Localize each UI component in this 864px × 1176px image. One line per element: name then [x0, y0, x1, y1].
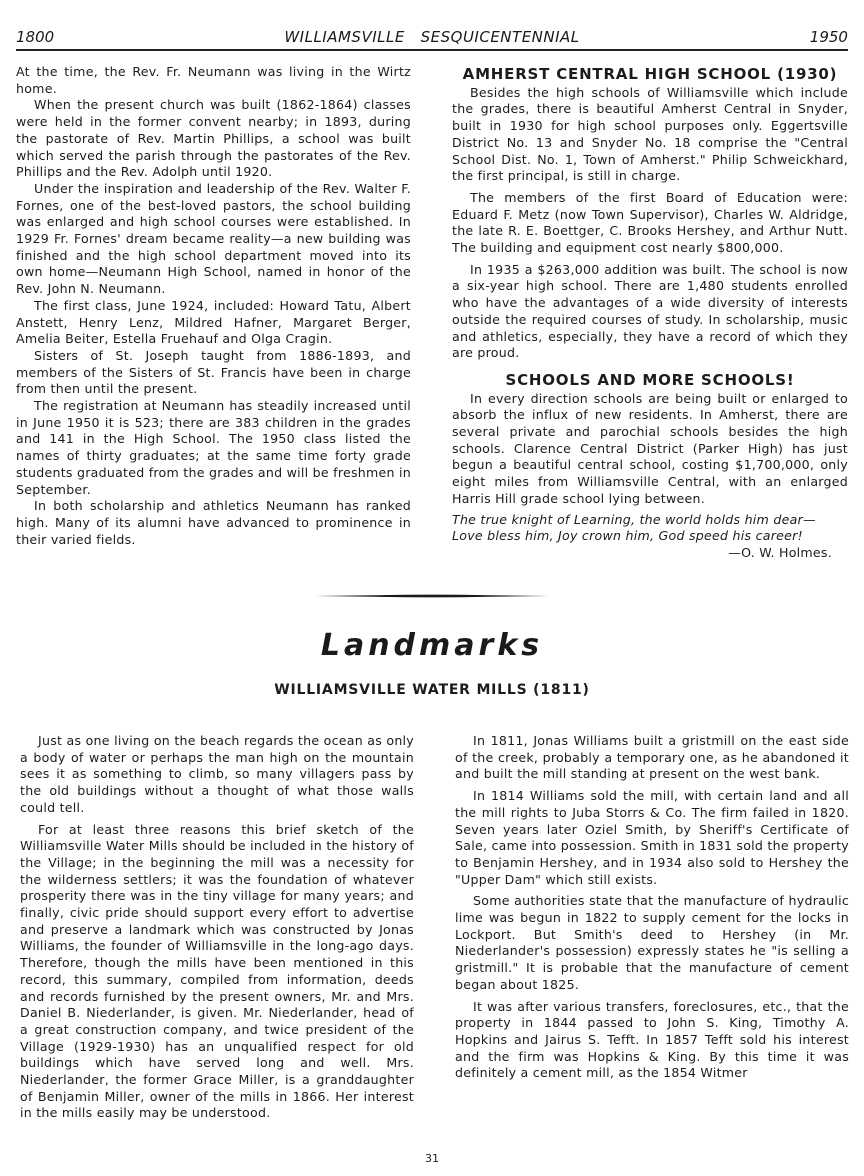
- paragraph: In 1814 Williams sold the mill, with cer…: [455, 788, 849, 888]
- paragraph: Sisters of St. Joseph taught from 1886-1…: [16, 348, 411, 398]
- quote-line: The true knight of Learning, the world h…: [452, 512, 848, 529]
- right-column-schools: AMHERST CENTRAL HIGH SCHOOL (1930) Besid…: [452, 66, 848, 562]
- paragraph: It was after various transfers, foreclos…: [455, 999, 849, 1083]
- landmarks-right-column: In 1811, Jonas Williams built a gristmil…: [455, 733, 849, 1082]
- header-title: WILLIAMSVILLE SESQUICENTENNIAL: [284, 28, 579, 46]
- paragraph: For at least three reasons this brief sk…: [20, 822, 414, 1123]
- paragraph: In 1935 a $263,000 addition was built. T…: [452, 262, 848, 362]
- paragraph: Just as one living on the beach regards …: [20, 733, 414, 817]
- paragraph: In both scholarship and athletics Neuman…: [16, 498, 411, 548]
- header-year-start: 1800: [16, 28, 54, 46]
- page-number: 31: [0, 1152, 864, 1165]
- running-header: 1800 WILLIAMSVILLE SESQUICENTENNIAL 1950: [16, 20, 848, 51]
- paragraph: Under the inspiration and leadership of …: [16, 181, 411, 298]
- paragraph: The registration at Neumann has steadily…: [16, 398, 411, 498]
- paragraph: At the time, the Rev. Fr. Neumann was li…: [16, 64, 411, 97]
- quote-attribution: —O. W. Holmes.: [452, 545, 848, 562]
- paragraph: Besides the high schools of Williamsvill…: [452, 85, 848, 185]
- paragraph: When the present church was built (1862-…: [16, 97, 411, 181]
- landmarks-left-column: Just as one living on the beach regards …: [20, 733, 414, 1122]
- paragraph: The first class, June 1924, included: Ho…: [16, 298, 411, 348]
- header-year-end: 1950: [810, 28, 848, 46]
- section-title-landmarks: Landmarks: [0, 628, 864, 663]
- paragraph: The members of the first Board of Educat…: [452, 190, 848, 257]
- ornamental-divider: [315, 594, 549, 598]
- left-column-neumann: At the time, the Rev. Fr. Neumann was li…: [16, 64, 411, 548]
- paragraph: In 1811, Jonas Williams built a gristmil…: [455, 733, 849, 783]
- paragraph: Some authorities state that the manufact…: [455, 893, 849, 993]
- water-mills-heading: WILLIAMSVILLE WATER MILLS (1811): [0, 682, 864, 698]
- paragraph: In every direction schools are being bui…: [452, 391, 848, 508]
- amherst-heading: AMHERST CENTRAL HIGH SCHOOL (1930): [452, 66, 848, 83]
- quote-line: Love bless him, Joy crown him, God speed…: [452, 528, 848, 545]
- schools-heading: SCHOOLS AND MORE SCHOOLS!: [452, 372, 848, 389]
